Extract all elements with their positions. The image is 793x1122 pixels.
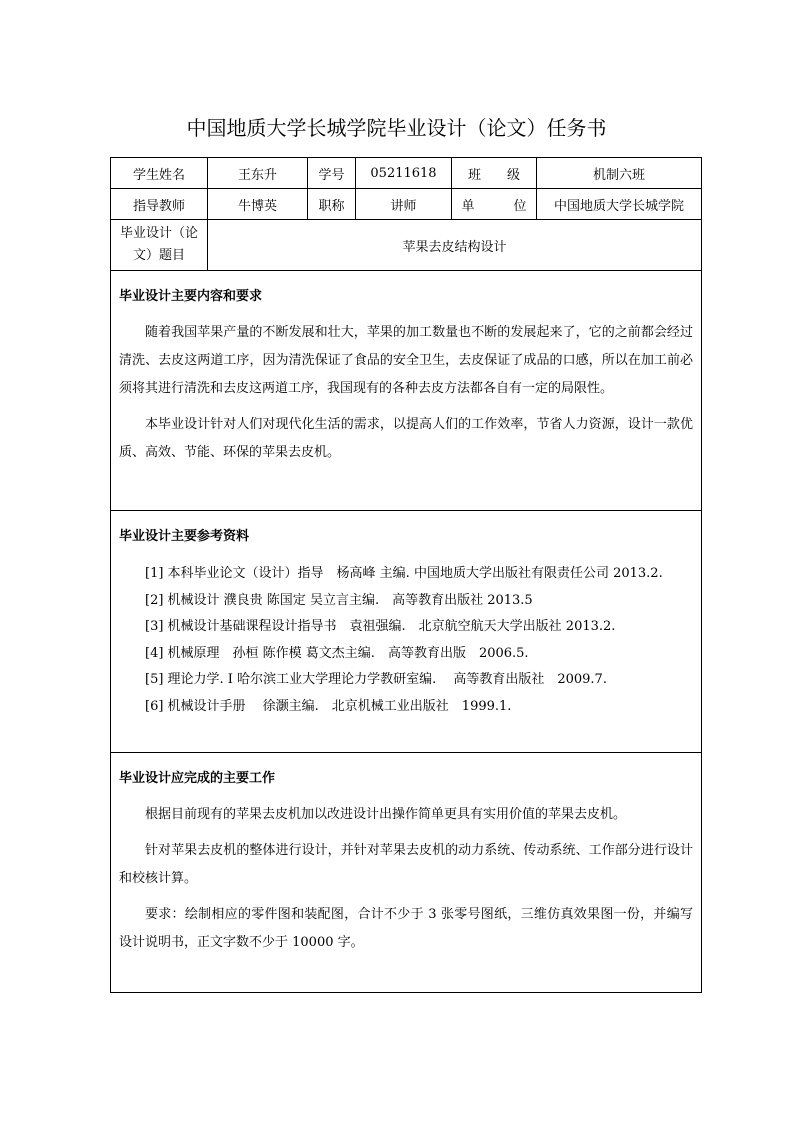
reference-item: [1] 本科毕业论文（设计）指导 杨高峰 主编. 中国地质大学出版社有限责任公司… <box>145 561 693 588</box>
section-references: 毕业设计主要参考资料 [1] 本科毕业论文（设计）指导 杨高峰 主编. 中国地质… <box>111 511 701 753</box>
advisor-title-label: 职称 <box>308 189 356 219</box>
unit-label: 单 位 <box>452 189 537 219</box>
topic-label: 毕业设计（论文）题目 <box>111 220 208 270</box>
student-name-value: 王东升 <box>208 158 308 188</box>
paragraph: 随着我国苹果产量的不断发展和壮大，苹果的加工数量也不断的发展起来了，它的之前都会… <box>119 319 693 403</box>
section-content-requirements: 毕业设计主要内容和要求 随着我国苹果产量的不断发展和壮大，苹果的加工数量也不断的… <box>111 271 701 511</box>
class-value: 机制六班 <box>537 158 701 188</box>
table-row-student: 学生姓名 王东升 学号 05211618 班 级 机制六班 <box>111 158 701 189</box>
student-name-label: 学生姓名 <box>111 158 208 188</box>
task-table: 学生姓名 王东升 学号 05211618 班 级 机制六班 指导教师 牛博英 职… <box>110 157 702 993</box>
advisor-label: 指导教师 <box>111 189 208 219</box>
advisor-value: 牛博英 <box>208 189 308 219</box>
topic-value: 苹果去皮结构设计 <box>208 220 701 270</box>
advisor-title-value: 讲师 <box>356 189 452 219</box>
document-title: 中国地质大学长城学院毕业设计（论文）任务书 <box>0 112 793 141</box>
section-main-work: 毕业设计应完成的主要工作 根据目前现有的苹果去皮机加以改进设计出操作简单更具有实… <box>111 753 701 992</box>
reference-item: [6] 机械设计手册 徐灏主编. 北京机械工业出版社 1999.1. <box>145 694 693 721</box>
reference-list: [1] 本科毕业论文（设计）指导 杨高峰 主编. 中国地质大学出版社有限责任公司… <box>119 561 693 720</box>
section-heading: 毕业设计主要内容和要求 <box>119 271 693 307</box>
reference-item: [5] 理论力学. Ⅰ 哈尔滨工业大学理论力学教研室编. 高等教育出版社 200… <box>145 667 693 694</box>
table-row-advisor: 指导教师 牛博英 职称 讲师 单 位 中国地质大学长城学院 <box>111 189 701 220</box>
student-id-value: 05211618 <box>356 158 452 188</box>
class-label: 班 级 <box>452 158 537 188</box>
reference-item: [3] 机械设计基础课程设计指导书 袁祖强编. 北京航空航天大学出版社 2013… <box>145 614 693 641</box>
table-row-topic: 毕业设计（论文）题目 苹果去皮结构设计 <box>111 220 701 271</box>
paragraph: 本毕业设计针对人们对现代化生活的需求，以提高人们的工作效率，节省人力资源，设计一… <box>119 411 693 467</box>
student-id-label: 学号 <box>308 158 356 188</box>
paragraph: 针对苹果去皮机的整体进行设计，并针对苹果去皮机的动力系统、传动系统、工作部分进行… <box>119 837 693 893</box>
unit-value: 中国地质大学长城学院 <box>537 189 701 219</box>
paragraph: 根据目前现有的苹果去皮机加以改进设计出操作简单更具有实用价值的苹果去皮机。 <box>119 801 693 829</box>
reference-item: [4] 机械原理 孙桓 陈作模 葛文杰主编. 高等教育出版 2006.5. <box>145 641 693 668</box>
reference-item: [2] 机械设计 濮良贵 陈国定 吴立言主编. 高等教育出版社 2013.5 <box>145 588 693 615</box>
section-heading: 毕业设计主要参考资料 <box>119 511 693 547</box>
paragraph: 要求：绘制相应的零件图和装配图，合计不少于 3 张零号图纸，三维仿真效果图一份，… <box>119 901 693 957</box>
section-heading: 毕业设计应完成的主要工作 <box>119 753 693 789</box>
